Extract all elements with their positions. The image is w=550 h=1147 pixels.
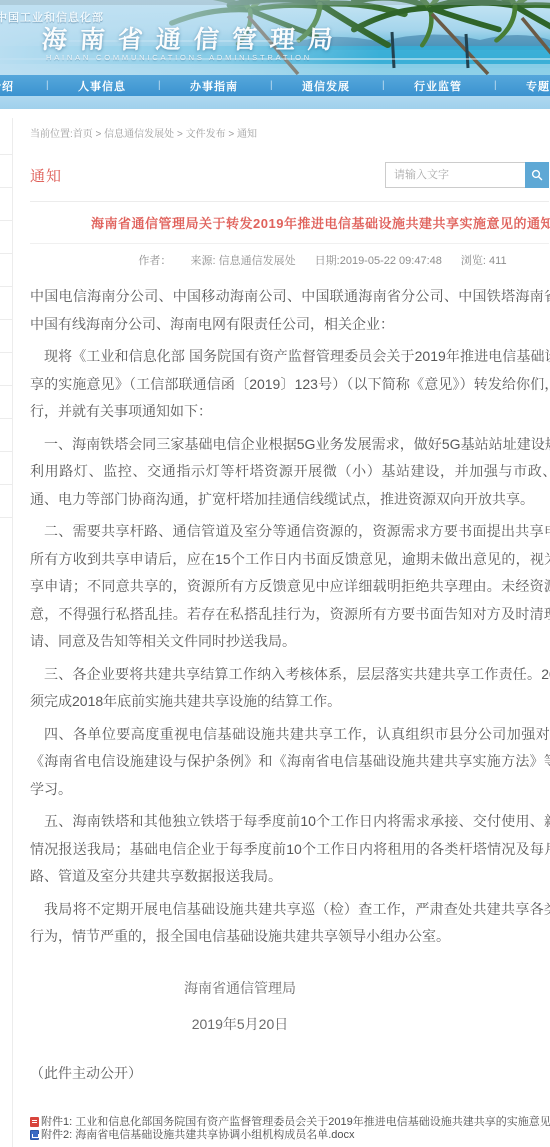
content-area: 当前位置:首页 > 信息通信发展处 > 文件发布 > 通知 通知 海南省通信管理… — [30, 128, 550, 1142]
left-menu-remnant — [0, 122, 12, 530]
paragraph-item-4: 四、各单位要高度重视电信基础设施共建共享工作，认真组织市县分公司加强对《意见》、… — [30, 721, 550, 804]
meta-author: 作者： — [138, 255, 171, 267]
site-banner: 中国工业和信息化部 海南省通信管理局 HAINAN COMMUNICATIONS… — [0, 0, 550, 75]
nav-item-communications-development[interactable]: 通信发展 — [270, 78, 382, 94]
nav-item-industry-supervision[interactable]: 行业监管 — [382, 78, 494, 94]
paragraph-item-5: 五、海南铁塔和其他独立铁塔于每季度前10个工作日内将需求承接、交付使用、新建共享… — [30, 808, 550, 891]
paragraph-item-3: 三、各企业要将共建共享结算工作纳入考核体系，层层落实共建共享工作责任。2019年… — [30, 661, 550, 716]
breadcrumb[interactable]: 当前位置:首页 > 信息通信发展处 > 文件发布 > 通知 — [30, 128, 550, 142]
section-divider — [30, 201, 549, 202]
nav-substrip — [0, 96, 550, 109]
search-icon — [531, 169, 543, 181]
paragraph-item-2: 二、需要共享杆路、通信管道及室分等通信资源的，资源需求方要书面提出共享申请，资源… — [30, 518, 550, 656]
attachment-label: 附件1: 工业和信息化部国务院国有资产监督管理委员会关于2019年推进电信基础设… — [41, 1116, 550, 1129]
signature-block: 海南省通信管理局 2019年5月20日 — [30, 978, 450, 1034]
paragraph-recipients: 中国电信海南分公司、中国移动海南公司、中国联通海南省分公司、中国铁塔海南省分公司… — [30, 283, 550, 338]
site-logo-title: 海南省通信管理局 — [41, 20, 348, 56]
search-input[interactable] — [385, 162, 525, 188]
main-nav: 机构介绍 | 人事信息 | 办事指南 | 通信发展 | 行业监管 | 专题工作 — [0, 75, 550, 96]
article-body: 中国电信海南分公司、中国移动海南公司、中国联通海南省分公司、中国铁塔海南省分公司… — [30, 283, 550, 951]
nav-item-personnel[interactable]: 人事信息 — [46, 78, 158, 94]
nav-item-special-work[interactable]: 专题工作 — [494, 78, 550, 94]
content-left-border — [12, 118, 13, 1147]
section-title: 通知 — [30, 165, 62, 186]
signature-agency: 海南省通信管理局 — [30, 978, 450, 998]
page: 中国工业和信息化部 海南省通信管理局 HAINAN COMMUNICATIONS… — [0, 0, 550, 1147]
section-header-row: 通知 — [30, 162, 549, 188]
search-bar — [385, 162, 549, 188]
signature-date: 2019年5月20日 — [30, 1014, 450, 1034]
word-file-icon — [30, 1130, 39, 1140]
paragraph-intro: 现将《工业和信息化部 国务院国有资产监督管理委员会关于2019年推进电信基础设施… — [30, 343, 550, 426]
attachment-link-2[interactable]: 附件2: 海南省电信基础设施共建共享协调小组机构成员名单.docx — [30, 1129, 550, 1142]
attachments-list: 附件1: 工业和信息化部国务院国有资产监督管理委员会关于2019年推进电信基础设… — [30, 1116, 550, 1142]
article-meta: 作者： 来源: 信息通信发展处 日期:2019-05-22 09:47:48 浏… — [30, 252, 550, 268]
paragraph-closing: 我局将不定期开展电信基础设施共建共享巡（检）查工作，严肃查处共建共享各类违法违规… — [30, 896, 550, 951]
search-button[interactable] — [525, 162, 549, 188]
disclosure-note: （此件主动公开） — [30, 1063, 550, 1083]
meta-views: 浏览: 411 — [461, 255, 507, 267]
title-divider — [30, 243, 549, 244]
attachment-link-1[interactable]: 附件1: 工业和信息化部国务院国有资产监督管理委员会关于2019年推进电信基础设… — [30, 1116, 550, 1129]
attachment-label: 附件2: 海南省电信基础设施共建共享协调小组机构成员名单.docx — [41, 1129, 355, 1142]
site-logo-subtitle: HAINAN COMMUNICATIONS ADMINISTRATION — [46, 53, 312, 62]
meta-source: 来源: 信息通信发展处 — [190, 255, 295, 267]
nav-item-about[interactable]: 机构介绍 — [0, 78, 46, 94]
nav-item-service-guide[interactable]: 办事指南 — [158, 78, 270, 94]
paragraph-item-1: 一、海南铁塔会同三家基础电信企业根据5G业务发展需求，做好5G基站站址建设规划工… — [30, 431, 550, 514]
article-title: 海南省通信管理局关于转发2019年推进电信基础设施共建共享实施意见的通知 — [30, 213, 550, 232]
pdf-file-icon — [30, 1117, 39, 1127]
meta-date: 日期:2019-05-22 09:47:48 — [315, 255, 442, 267]
